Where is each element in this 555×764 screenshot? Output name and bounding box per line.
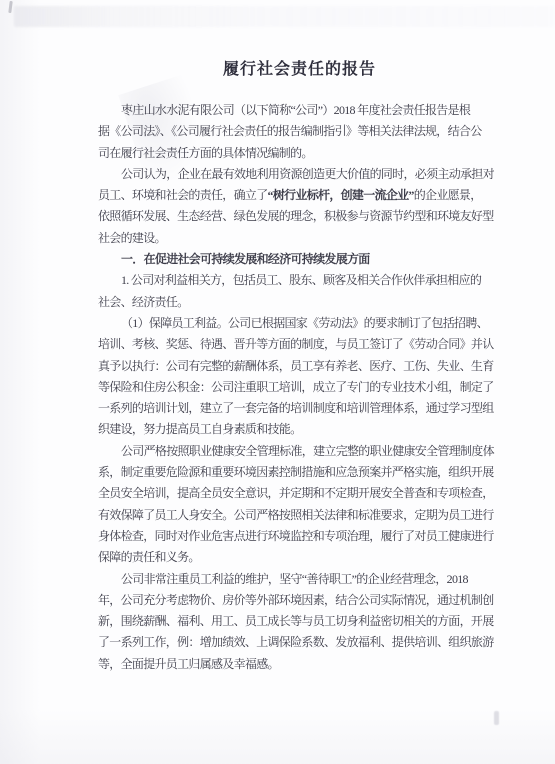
scanned-document-page: 履行社会责任的报告 枣庄山水水泥有限公司（以下简称“公司”）2018 年度社会责… bbox=[0, 0, 555, 764]
page-corner-smudge bbox=[494, 711, 499, 725]
text-line: 全员安全培训，提高全员安全意识，并定期和不定期开展安全普查和专项检查， bbox=[98, 483, 498, 504]
text-line: 等保险和住房公积金：公司注重职工培训，成立了专门的专业技术小组，制定了 bbox=[98, 377, 498, 398]
body-text: 新，围绕薪酬、福利、用工、员工成长等与员工切身利益密切相关的方面，开展 bbox=[98, 614, 494, 628]
text-line: 司在履行社会责任方面的具体情况编制的。 bbox=[98, 143, 498, 164]
text-line: 一．在促进社会可持续发展和经济可持续发展方面 bbox=[98, 249, 498, 270]
body-text: 有效保障了员工人身安全。公司严格按照相关法律和标准要求，定期为员工进行 bbox=[98, 508, 494, 522]
body-text: 真予以执行：公司有完整的薪酬体系，员工享有养老、医疗、工伤、失业、生育 bbox=[98, 359, 494, 373]
body-text: 司在履行社会责任方面的具体情况编制的。 bbox=[98, 146, 313, 160]
body-text: 等，全面提升员工归属感及幸福感。 bbox=[98, 657, 279, 671]
body-text: 系，制定重要危险源和重要环境因素控制措施和应急预案并严格实施，组织开展 bbox=[98, 465, 494, 479]
text-line: 保障的责任和义务。 bbox=[98, 547, 498, 568]
text-line: 身体检查，同时对作业危害点进行环境监控和专项治理，履行了对员工健康进行 bbox=[98, 526, 498, 547]
body-text: 的企业愿景， bbox=[414, 188, 482, 202]
text-line: 社会的建设。 bbox=[98, 228, 498, 249]
body-text: 员工、环境和社会的责任，确立了 bbox=[98, 188, 268, 202]
body-text: 全员安全培训，提高全员安全意识，并定期和不定期开展安全普查和专项检查， bbox=[98, 486, 494, 500]
scanner-edge-band bbox=[14, 6, 555, 27]
body-text: 依照循环发展、生态经营、绿色发展的理念，积极参与资源节约型和环境友好型 bbox=[98, 209, 494, 223]
text-line: 公司认为，企业在最有效地利用资源创造更大价值的同时，必须主动承担对 bbox=[98, 164, 498, 185]
body-text: 一系列的培训计划，建立了一套完备的培训制度和培训管理体系，通过学习型组 bbox=[98, 401, 494, 415]
text-line: 公司严格按照职业健康安全管理标准，建立完整的职业健康安全管理制度体 bbox=[98, 441, 498, 462]
body-text: 枣庄山水水泥有限公司（以下简称“公司”）2018 年度社会责任报告是根 bbox=[121, 103, 470, 117]
emphasized-text: “树行业标杆，创建一流企业” bbox=[268, 188, 414, 202]
text-line: （1）保障员工利益。公司已根据国家《劳动法》的要求制订了包括招聘、 bbox=[98, 313, 498, 334]
body-text: 培训、考核、奖惩、待遇、晋升等方面的制度，与员工签订了《劳动合同》并认 bbox=[98, 337, 494, 351]
body-text: 社会的建设。 bbox=[98, 231, 166, 245]
body-text: 社会、经济责任。 bbox=[98, 295, 188, 309]
body-text: 公司严格按照职业健康安全管理标准，建立完整的职业健康安全管理制度体 bbox=[121, 444, 494, 458]
text-line: 织建设，努力提高员工自身素质和技能。 bbox=[98, 419, 498, 440]
document-body: 枣庄山水水泥有限公司（以下简称“公司”）2018 年度社会责任报告是根据《公司法… bbox=[98, 100, 498, 675]
body-text: 织建设，努力提高员工自身素质和技能。 bbox=[98, 422, 301, 436]
body-text: 等保险和住房公积金：公司注重职工培训，成立了专门的专业技术小组，制定了 bbox=[98, 380, 494, 394]
text-line: 等，全面提升员工归属感及幸福感。 bbox=[98, 654, 498, 675]
emphasized-text: 一．在促进社会可持续发展和经济可持续发展方面 bbox=[121, 252, 370, 266]
body-text: 身体检查，同时对作业危害点进行环境监控和专项治理，履行了对员工健康进行 bbox=[98, 529, 494, 543]
body-text: 1. 公司对利益相关方，包括员工、股东、顾客及相关合作伙伴承担相应的 bbox=[121, 273, 481, 287]
text-line: 据《公司法》、《公司履行社会责任的报告编制指引》等相关法律法规，结合公 bbox=[98, 121, 498, 142]
body-text: 保障的责任和义务。 bbox=[98, 550, 200, 564]
text-line: 系，制定重要危险源和重要环境因素控制措施和应急预案并严格实施，组织开展 bbox=[98, 462, 498, 483]
text-line: 了一系列工作，例：增加绩效、上调保险系数、发放福利、提供培训、组织旅游 bbox=[98, 632, 498, 653]
text-line: 真予以执行：公司有完整的薪酬体系，员工享有养老、医疗、工伤、失业、生育 bbox=[98, 356, 498, 377]
text-line: 年，公司充分考虑物价、房价等外部环境因素，结合公司实际情况，通过机制创 bbox=[98, 590, 498, 611]
body-text: 年，公司充分考虑物价、房价等外部环境因素，结合公司实际情况，通过机制创 bbox=[98, 593, 494, 607]
text-line: 新，围绕薪酬、福利、用工、员工成长等与员工切身利益密切相关的方面，开展 bbox=[98, 611, 498, 632]
text-line: 培训、考核、奖惩、待遇、晋升等方面的制度，与员工签订了《劳动合同》并认 bbox=[98, 334, 498, 355]
scan-shadow-bottom bbox=[0, 709, 555, 764]
body-text: 公司非常注重员工利益的维护，坚守“善待职工”的企业经营理念，2018 bbox=[121, 572, 468, 586]
text-line: 社会、经济责任。 bbox=[98, 292, 498, 313]
body-text: 据《公司法》、《公司履行社会责任的报告编制指引》等相关法律法规，结合公 bbox=[98, 124, 482, 138]
text-line: 1. 公司对利益相关方，包括员工、股东、顾客及相关合作伙伴承担相应的 bbox=[98, 270, 498, 291]
text-line: 有效保障了员工人身安全。公司严格按照相关法律和标准要求，定期为员工进行 bbox=[98, 505, 498, 526]
text-line: 枣庄山水水泥有限公司（以下简称“公司”）2018 年度社会责任报告是根 bbox=[98, 100, 498, 121]
body-text: （1）保障员工利益。公司已根据国家《劳动法》的要求制订了包括招聘、 bbox=[121, 316, 488, 330]
body-text: 了一系列工作，例：增加绩效、上调保险系数、发放福利、提供培训、组织旅游 bbox=[98, 635, 494, 649]
body-text: 公司认为，企业在最有效地利用资源创造更大价值的同时，必须主动承担对 bbox=[121, 167, 494, 181]
document-title: 履行社会责任的报告 bbox=[22, 56, 555, 79]
text-line: 员工、环境和社会的责任，确立了“树行业标杆，创建一流企业”的企业愿景， bbox=[98, 185, 498, 206]
scan-shadow-left bbox=[0, 0, 40, 764]
text-line: 公司非常注重员工利益的维护，坚守“善待职工”的企业经营理念，2018 bbox=[98, 569, 498, 590]
text-line: 依照循环发展、生态经营、绿色发展的理念，积极参与资源节约型和环境友好型 bbox=[98, 206, 498, 227]
text-line: 一系列的培训计划，建立了一套完备的培训制度和培训管理体系，通过学习型组 bbox=[98, 398, 498, 419]
